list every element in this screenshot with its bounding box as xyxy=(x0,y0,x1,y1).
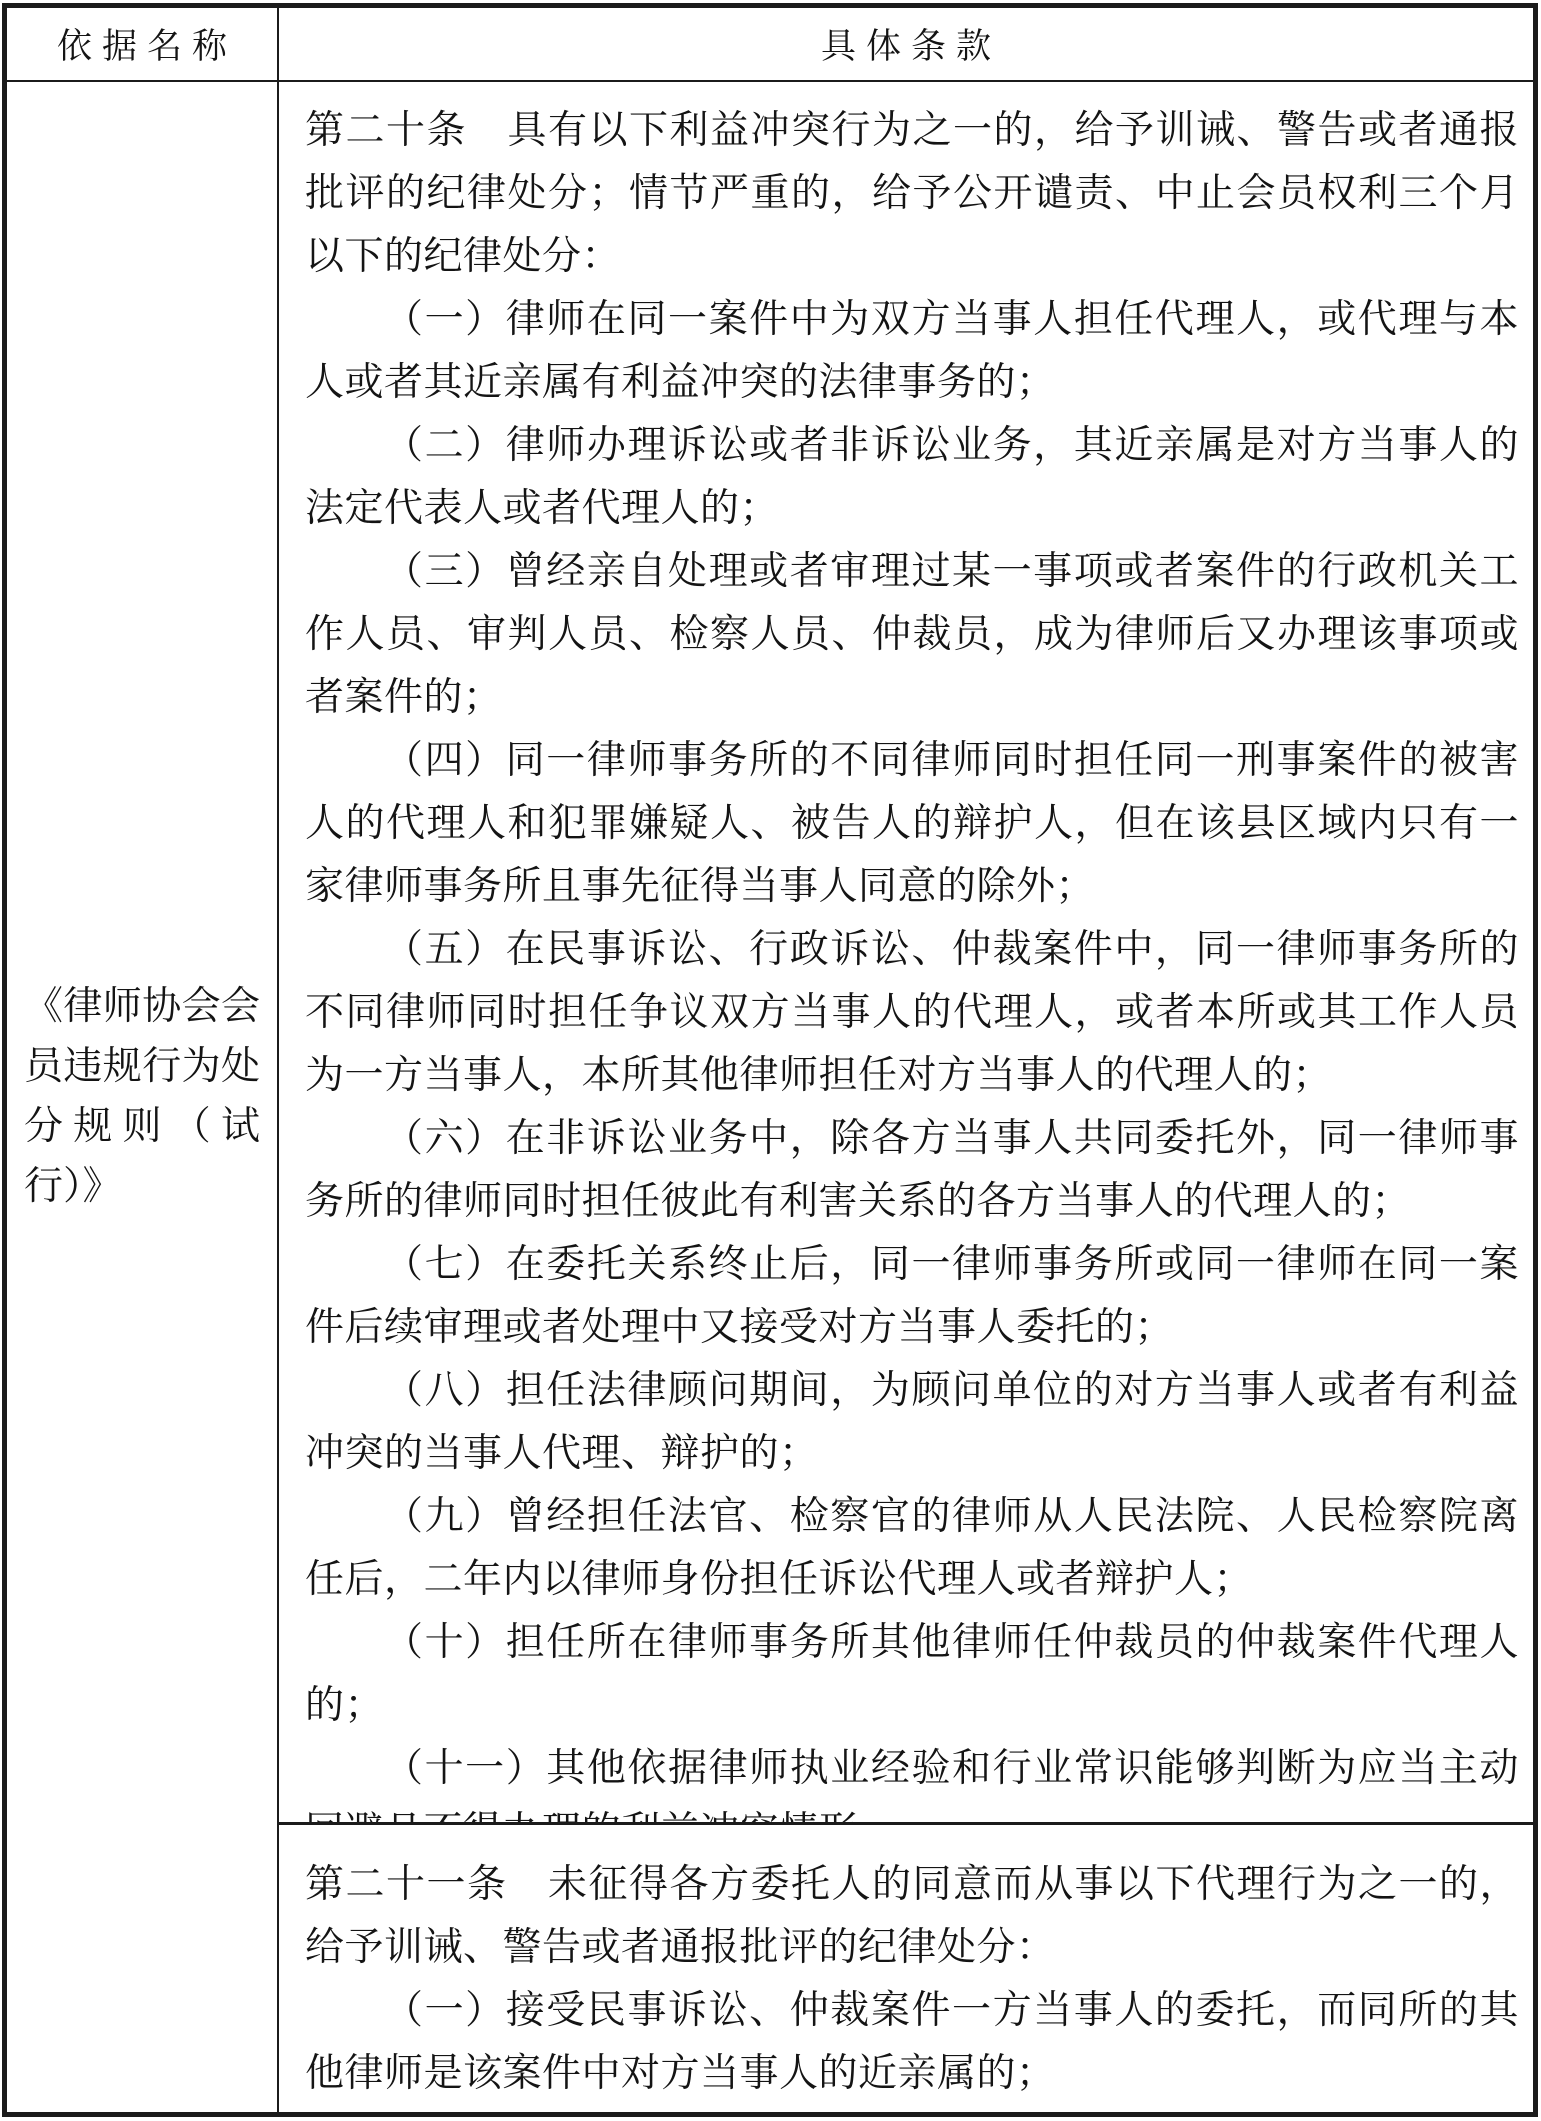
basis-name-cell: 《律师协会会员违规行为处分规则（试行）》 xyxy=(7,82,279,2112)
header-basis-name: 依据名称 xyxy=(7,8,279,80)
article-20-item-6: （六）在非诉讼业务中，除各方当事人共同委托外，同一律师事务所的律师同时担任彼此有… xyxy=(305,1107,1519,1233)
article-20-item-5: （五）在民事诉讼、行政诉讼、仲裁案件中，同一律师事务所的不同律师同时担任争议双方… xyxy=(305,918,1519,1107)
article-20-item-1: （一）律师在同一案件中为双方当事人担任代理人，或代理与本人或者其近亲属有利益冲突… xyxy=(305,288,1519,414)
basis-name-text: 《律师协会会员违规行为处分规则（试行）》 xyxy=(24,977,260,1217)
article-21-section: 第二十一条 未征得各方委托人的同意而从事以下代理行为之一的，给予训诫、警告或者通… xyxy=(279,1825,1533,2112)
article-20-item-10: （十）担任所在律师事务所其他律师任仲裁员的仲裁案件代理人的； xyxy=(305,1611,1519,1737)
article-20-item-3: （三）曾经亲自处理或者审理过某一事项或者案件的行政机关工作人员、审判人员、检察人… xyxy=(305,540,1519,729)
article-20-intro: 第二十条 具有以下利益冲突行为之一的，给予训诫、警告或者通报批评的纪律处分；情节… xyxy=(305,99,1519,288)
scanned-document-page: 依据名称 具体条款 《律师协会会员违规行为处分规则（试行）》 第二十条 具有以下… xyxy=(0,0,1541,2121)
article-20-item-7: （七）在委托关系终止后，同一律师事务所或同一律师在同一案件后续审理或者处理中又接… xyxy=(305,1233,1519,1359)
header-clause: 具体条款 xyxy=(279,8,1533,80)
article-21-intro: 第二十一条 未征得各方委托人的同意而从事以下代理行为之一的，给予训诫、警告或者通… xyxy=(305,1853,1519,1979)
table-header-row: 依据名称 具体条款 xyxy=(7,8,1533,82)
article-20-item-8: （八）担任法律顾问期间，为顾问单位的对方当事人或者有利益冲突的当事人代理、辩护的… xyxy=(305,1359,1519,1485)
clause-cell: 第二十条 具有以下利益冲突行为之一的，给予训诫、警告或者通报批评的纪律处分；情节… xyxy=(279,82,1533,2112)
article-21-item-1: （一）接受民事诉讼、仲裁案件一方当事人的委托，而同所的其他律师是该案件中对方当事… xyxy=(305,1979,1519,2105)
article-20-item-2: （二）律师办理诉讼或者非诉讼业务，其近亲属是对方当事人的法定代表人或者代理人的； xyxy=(305,414,1519,540)
table-body-row: 《律师协会会员违规行为处分规则（试行）》 第二十条 具有以下利益冲突行为之一的，… xyxy=(7,82,1533,2112)
article-20-item-9: （九）曾经担任法官、检察官的律师从人民法院、人民检察院离任后，二年内以律师身份担… xyxy=(305,1485,1519,1611)
rules-table: 依据名称 具体条款 《律师协会会员违规行为处分规则（试行）》 第二十条 具有以下… xyxy=(2,3,1538,2117)
article-20-section: 第二十条 具有以下利益冲突行为之一的，给予训诫、警告或者通报批评的纪律处分；情节… xyxy=(279,82,1533,1825)
article-20-item-4: （四）同一律师事务所的不同律师同时担任同一刑事案件的被害人的代理人和犯罪嫌疑人、… xyxy=(305,729,1519,918)
article-20-item-11: （十一）其他依据律师执业经验和行业常识能够判断为应当主动回避且不得办理的利益冲突… xyxy=(305,1737,1519,1825)
